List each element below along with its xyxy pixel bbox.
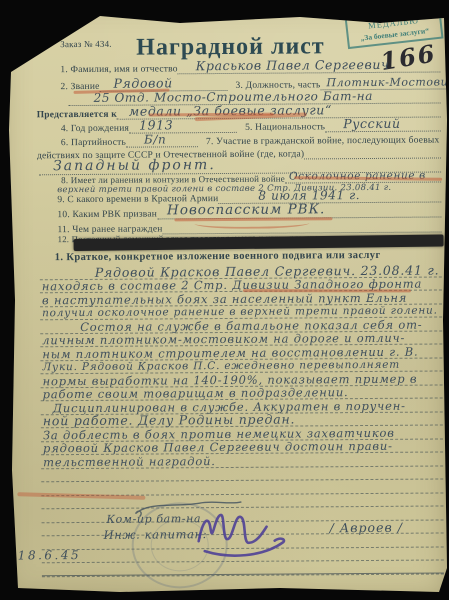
field-rvk-label: 10. Каким РВК призван: [39, 209, 157, 220]
story-line: ной работе. Делу Родины предан.: [41, 414, 296, 428]
document-page: 12. Заказ № 434. Наградной лист МЕДАЛЬЮ …: [0, 0, 449, 600]
pencil-page-note: 12.: [22, 28, 51, 51]
field-name-value: Краськов Павел Сергеевич: [178, 57, 390, 73]
order-number: Заказ № 434.: [60, 39, 112, 49]
field-party-value: Б/п: [126, 132, 166, 146]
story-line: работе своим товарищам в подразделении.: [41, 386, 349, 400]
field-nationality-value: Русский: [325, 116, 401, 132]
field-presented-label: Представляется к: [37, 110, 117, 121]
field-rvk-value: Новоспасским РВК.: [157, 201, 325, 218]
scan-background: 12. Заказ № 434. Наградной лист МЕДАЛЬЮ …: [0, 0, 449, 600]
field-position-value: Плотник-Мостовик: [320, 75, 449, 89]
field-nationality-label: 5. Национальность: [237, 122, 325, 133]
field-birthyear-label: 4. Год рождения: [39, 124, 129, 135]
red-underline-front: [243, 289, 411, 292]
story-line: Луки. Рядовой Красков П.С. ежедневно пер…: [40, 359, 400, 374]
signature-autograph: [184, 503, 294, 562]
story-line: рядовой Красков Павел Сергеевич достоин …: [41, 440, 393, 454]
signature-date: 18.6.45: [18, 548, 81, 562]
field-name-label: 1. Фамилия, имя и отчество: [38, 64, 177, 75]
signer-name: / Авроев /: [330, 520, 403, 536]
field-birthyear-value: 1913: [129, 117, 173, 132]
story-line: личным плотником-мостовиком на дороге и …: [40, 332, 405, 347]
story-heading: 1. Краткое, конкретное изложение военног…: [55, 250, 381, 263]
